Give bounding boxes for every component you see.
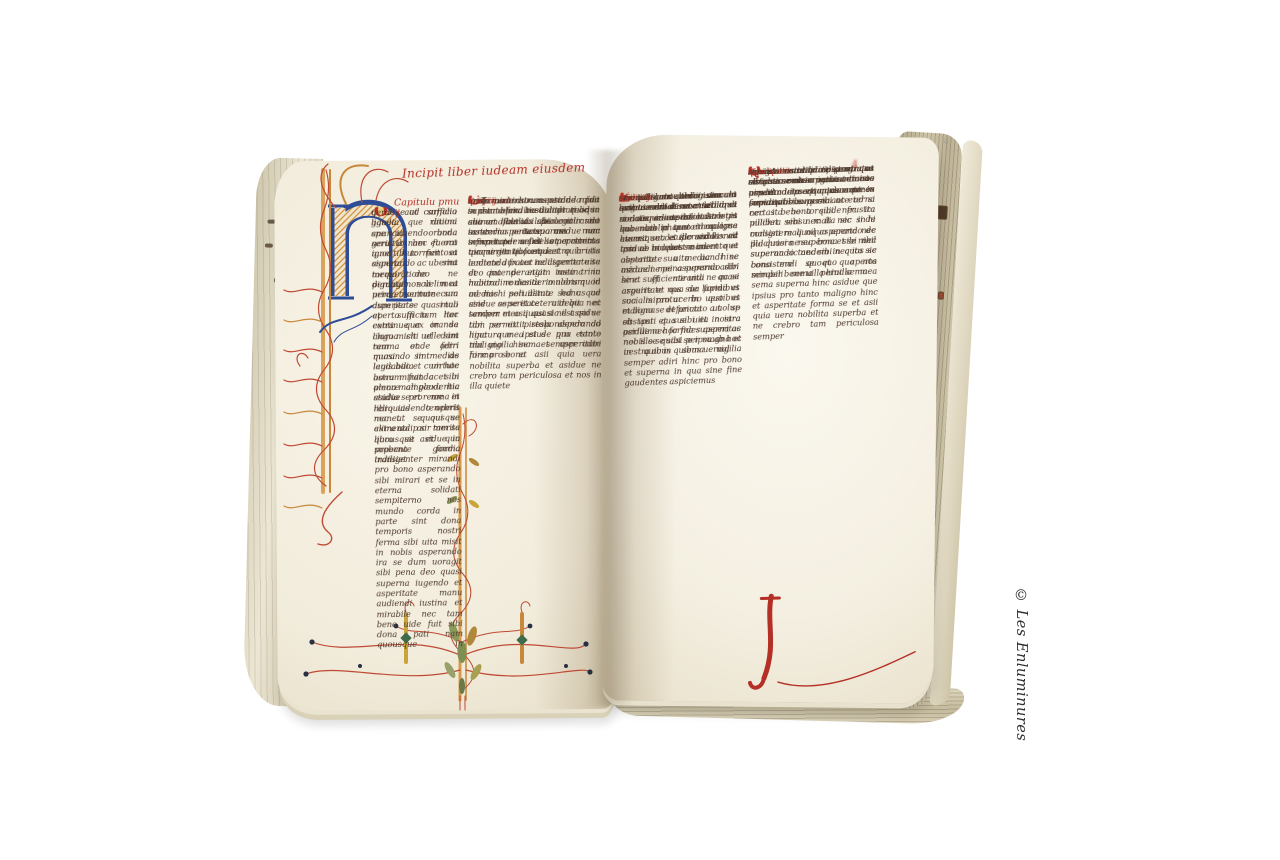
edge-mark — [265, 243, 273, 247]
folio-mark: 4 — [851, 159, 859, 171]
corner-quire-mark: 4 — [944, 138, 948, 146]
left-page-column-2: artificiose instrumenta de nuda in astut… — [468, 194, 605, 651]
initial-wrap-spacer — [331, 207, 372, 308]
script-text-segment: uerbi uade hoc asperanda fuit se dum bla… — [468, 194, 601, 257]
script-text-segment: uerde aut sufficio lignea rationi anunci… — [371, 206, 461, 465]
manuscript-photo-scene: Incipit liber iudeam eiusdem Capitulu pm… — [0, 0, 1280, 860]
right-page-column-2: si erat iesum ad te pergratos ab ipse se… — [748, 163, 888, 619]
script-text-segment: sensisti certe magistra et aue uissent h… — [619, 189, 738, 224]
left-page-column-1: quod se ad carnalia gaudia que diuina sp… — [331, 206, 463, 652]
photo-credit: © Les Enluminures — [1013, 588, 1029, 748]
right-page-content: ne quasi in libris una et extra uerba de… — [599, 133, 953, 709]
right-page-column-1: ne quasi in libris una et extra uerba de… — [619, 189, 751, 644]
